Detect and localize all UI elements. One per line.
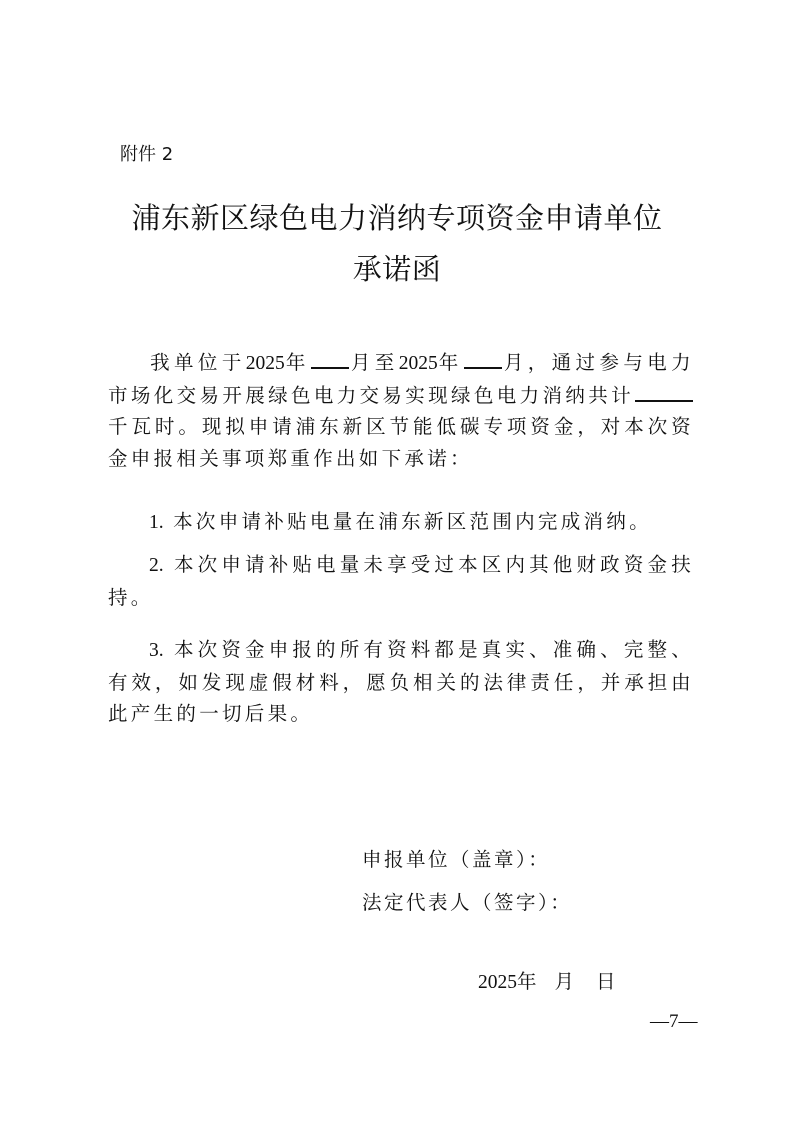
intro-text-1: 我单位于 (149, 351, 246, 374)
year-end: 2025 (399, 353, 438, 374)
signing-date: 2025年月日 (478, 968, 616, 997)
document-title-line-1: 浦东新区绿色电力消纳专项资金申请单位 (0, 200, 794, 236)
applicant-unit-seal-label: 申报单位（盖章）： (362, 846, 550, 874)
intro-text-2: 年 (285, 351, 310, 374)
commitment-number: 3. (149, 640, 164, 661)
date-year: 2025年 (478, 969, 537, 997)
commitment-text: 本次申请补贴电量未享受过本区内其他财政资金扶持。 (108, 553, 694, 609)
attachment-label: 附件 2 (120, 143, 173, 167)
commitment-text: 本次资金申报的所有资料都是真实、准确、完整、有效，如发现虚假材料，愿负相关的法律… (108, 638, 694, 725)
intro-text-4: 年 (438, 351, 463, 374)
commitment-item-1: 1. 本次申请补贴电量在浦东新区范围内完成消纳。 (108, 506, 694, 539)
legal-representative-signature-label: 法定代表人（签字）： (362, 889, 572, 917)
kwh-amount-blank[interactable] (635, 382, 693, 402)
intro-paragraph: 我单位于2025年月至2025年月，通过参与电力市场化交易开展绿色电力交易实现绿… (108, 347, 694, 474)
year-start: 2025 (246, 353, 285, 374)
document-page: 附件 2 浦东新区绿色电力消纳专项资金申请单位 承诺函 我单位于2025年月至2… (0, 0, 794, 1123)
intro-text-3: 月至 (350, 351, 399, 374)
intro-text-6: 千瓦时。现拟申请浦东新区节能低碳专项资金，对本次资金申报相关事项郑重作出如下承诺… (108, 415, 694, 470)
commitment-number: 1. (149, 512, 164, 533)
end-month-blank[interactable] (464, 349, 502, 369)
date-month: 月 (555, 968, 575, 996)
commitment-item-2: 2. 本次申请补贴电量未享受过本区内其他财政资金扶持。 (108, 549, 694, 613)
commitment-item-3: 3. 本次资金申报的所有资料都是真实、准确、完整、有效，如发现虚假材料，愿负相关… (108, 634, 694, 730)
page-number: —7— (650, 1010, 698, 1034)
date-day: 日 (596, 968, 616, 996)
document-title-line-2: 承诺函 (0, 251, 794, 287)
start-month-blank[interactable] (311, 349, 349, 369)
commitment-number: 2. (149, 555, 164, 576)
commitment-text: 本次申请补贴电量在浦东新区范围内完成消纳。 (173, 510, 652, 533)
